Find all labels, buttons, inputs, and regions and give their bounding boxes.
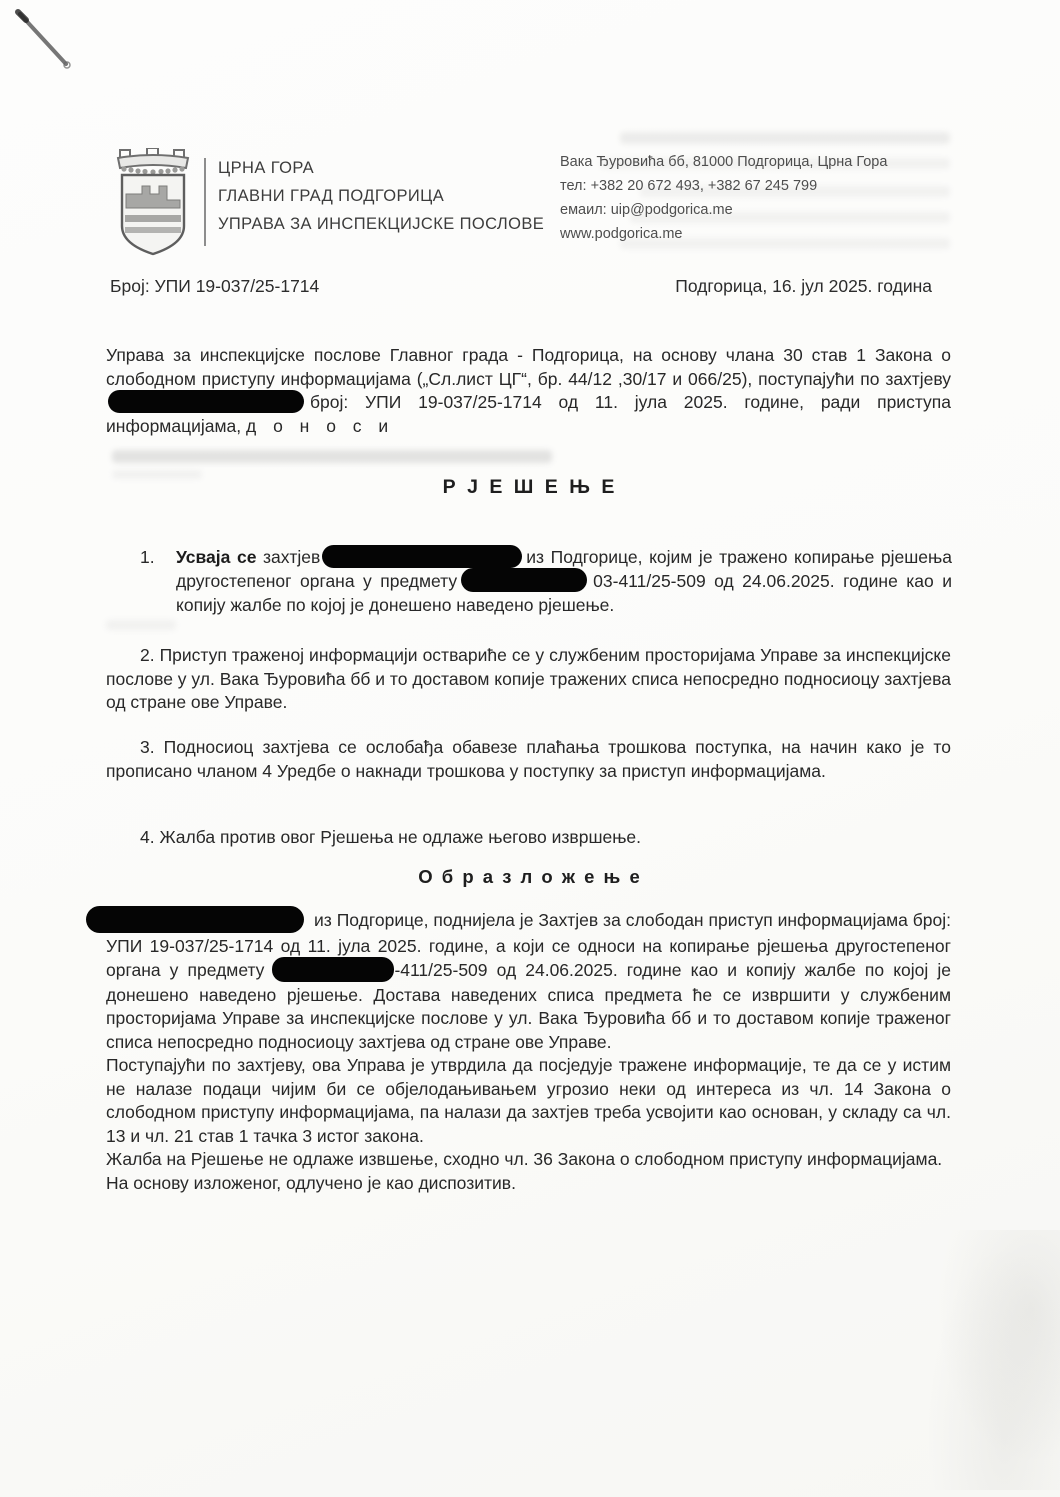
contact-website: www.podgorica.me xyxy=(560,222,887,246)
scan-mottling-artifact xyxy=(920,1230,1060,1490)
rationale-paragraph-4: На основу изложеног, одлучено је као дис… xyxy=(106,1172,951,1196)
header-divider xyxy=(204,158,206,246)
org-country: ЦРНА ГОРА xyxy=(218,154,544,182)
podgorica-coat-of-arms-icon xyxy=(112,148,194,256)
contact-email: емаил: uip@podgorica.me xyxy=(560,198,887,222)
contact-phone: тел: +382 20 672 493, +382 67 245 799 xyxy=(560,174,887,198)
place-and-date: Подгорица, 16. јул 2025. година xyxy=(675,276,932,297)
org-city: ГЛАВНИ ГРАД ПОДГОРИЦА xyxy=(218,182,544,210)
redaction-bar xyxy=(86,906,304,933)
showthrough-artifact xyxy=(620,132,950,144)
item-number: 1. xyxy=(140,546,176,618)
pen-scratch-artifact xyxy=(14,8,84,78)
contact-info: Вака Ђуровића бб, 81000 Подгорица, Црна … xyxy=(560,150,887,246)
item1-text-pre: захтјев xyxy=(263,547,320,567)
decision-item-2: 2. Приступ траженој информацији остварић… xyxy=(106,644,951,715)
item-body: Усваја се захтјевиз Подгорице, којим је … xyxy=(176,546,952,618)
usvaja-se-bold: Усваја се xyxy=(176,547,256,567)
redaction-bar xyxy=(461,568,587,592)
case-number: Број: УПИ 19-037/25-1714 xyxy=(110,276,319,297)
decision-item-1: 1. Усваја се захтјевиз Подгорице, којим … xyxy=(140,546,952,618)
rationale-paragraph-2: Поступајући по захтјеву, ова Управа је у… xyxy=(106,1054,951,1148)
contact-address: Вака Ђуровића бб, 81000 Подгорица, Црна … xyxy=(560,150,887,174)
redaction-bar xyxy=(108,390,304,413)
scanned-decision-document: ЦРНА ГОРА ГЛАВНИ ГРАД ПОДГОРИЦА УПРАВА З… xyxy=(0,0,1060,1497)
organization-name: ЦРНА ГОРА ГЛАВНИ ГРАД ПОДГОРИЦА УПРАВА З… xyxy=(218,154,544,238)
intro-text-1: Управа за инспекцијске послове Главног г… xyxy=(106,345,951,389)
org-department: УПРАВА ЗА ИНСПЕКЦИЈСКЕ ПОСЛОВЕ xyxy=(218,210,544,238)
rationale-paragraph-1: из Подгорице, поднијела је Захтјев за сл… xyxy=(106,908,951,1054)
donosi-keyword: д о н о с и xyxy=(246,416,394,436)
rationale-section: из Подгорице, поднијела је Захтјев за сл… xyxy=(106,908,951,1195)
decision-item-3: 3. Подносиоц захтјева се ослобађа обавез… xyxy=(106,736,951,783)
rationale-title: О б р а з л о ж е њ е xyxy=(0,866,1060,888)
decision-item-4: 4. Жалба против овог Рјешења не одлаже њ… xyxy=(106,826,951,850)
showthrough-artifact xyxy=(112,450,552,463)
showthrough-artifact xyxy=(106,620,176,630)
redaction-bar xyxy=(322,545,522,568)
redaction-bar xyxy=(272,957,394,982)
intro-paragraph: Управа за инспекцијске послове Главног г… xyxy=(106,344,951,438)
rationale-paragraph-3: Жалба на Рјешење не одлаже извшење, сход… xyxy=(106,1148,951,1172)
decision-title: Р Ј Е Ш Е Њ Е xyxy=(0,476,1060,499)
